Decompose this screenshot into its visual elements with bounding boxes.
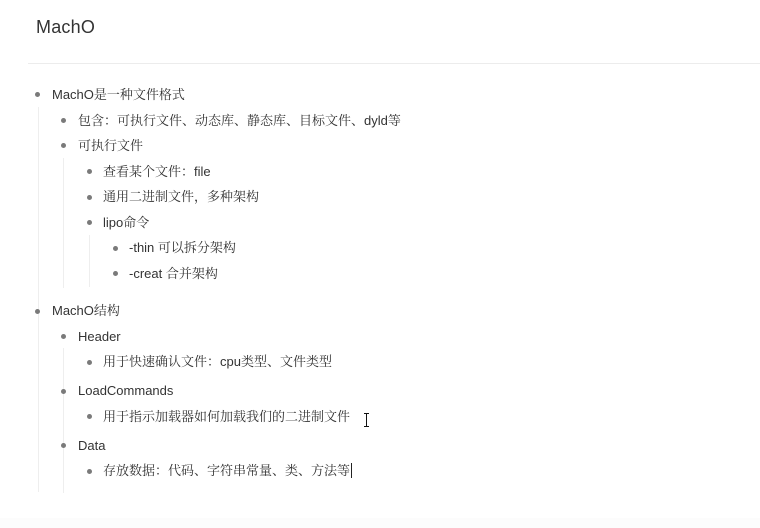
bullet-icon <box>113 246 118 251</box>
indent-guide-level3-lipo <box>89 235 90 287</box>
outline-item-loadcommands-desc[interactable]: 用于指示加载器如何加载我们的二进制文件 <box>103 408 350 426</box>
bullet-icon <box>61 143 66 148</box>
bullet-icon <box>113 271 118 276</box>
bullet-icon <box>87 220 92 225</box>
bullet-icon <box>87 469 92 474</box>
indent-guide-level1 <box>38 107 39 492</box>
outline-item-data-desc[interactable]: 存放数据：代码、字符串常量、类、方法等 <box>103 462 352 480</box>
outline-item-contains[interactable]: 包含：可执行文件、动态库、静态库、目标文件、dyld等 <box>78 112 401 130</box>
outline-item-macho-format[interactable]: MachO是一种文件格式 <box>52 86 185 104</box>
bullet-icon <box>87 195 92 200</box>
bullet-icon <box>61 443 66 448</box>
bullet-icon <box>61 334 66 339</box>
outline-item-lipo-create[interactable]: -creat 合并架构 <box>129 265 218 283</box>
bullet-icon <box>61 389 66 394</box>
outline-item-data-desc-label: 存放数据：代码、字符串常量、类、方法等 <box>103 463 350 478</box>
bullet-icon <box>35 92 40 97</box>
outline-item-lipo[interactable]: lipo命令 <box>103 214 149 232</box>
indent-guide-level2-executable <box>63 158 64 288</box>
outline-item-header[interactable]: Header <box>78 328 121 346</box>
ibeam-cursor-icon <box>363 413 370 427</box>
indent-guide-level2-structure <box>63 348 64 493</box>
outline-item-data[interactable]: Data <box>78 437 105 455</box>
outline-item-universal-binary[interactable]: 通用二进制文件，多种架构 <box>103 188 259 206</box>
bullet-icon <box>87 414 92 419</box>
page-title[interactable]: MachO <box>36 17 95 38</box>
outline-item-lipo-thin[interactable]: -thin 可以拆分架构 <box>129 239 236 257</box>
bullet-icon <box>87 360 92 365</box>
bullet-icon <box>87 169 92 174</box>
bullet-icon <box>61 118 66 123</box>
outline-item-executable[interactable]: 可执行文件 <box>78 137 143 155</box>
outline-item-view-file[interactable]: 查看某个文件：file <box>103 163 211 181</box>
bottom-band <box>0 518 760 528</box>
outline-item-loadcommands[interactable]: LoadCommands <box>78 382 173 400</box>
outline-item-header-desc[interactable]: 用于快速确认文件：cpu类型、文件类型 <box>103 353 332 371</box>
title-divider <box>28 63 760 64</box>
bullet-icon <box>35 309 40 314</box>
text-caret <box>351 463 352 478</box>
outline-item-macho-structure[interactable]: MachO结构 <box>52 302 120 320</box>
